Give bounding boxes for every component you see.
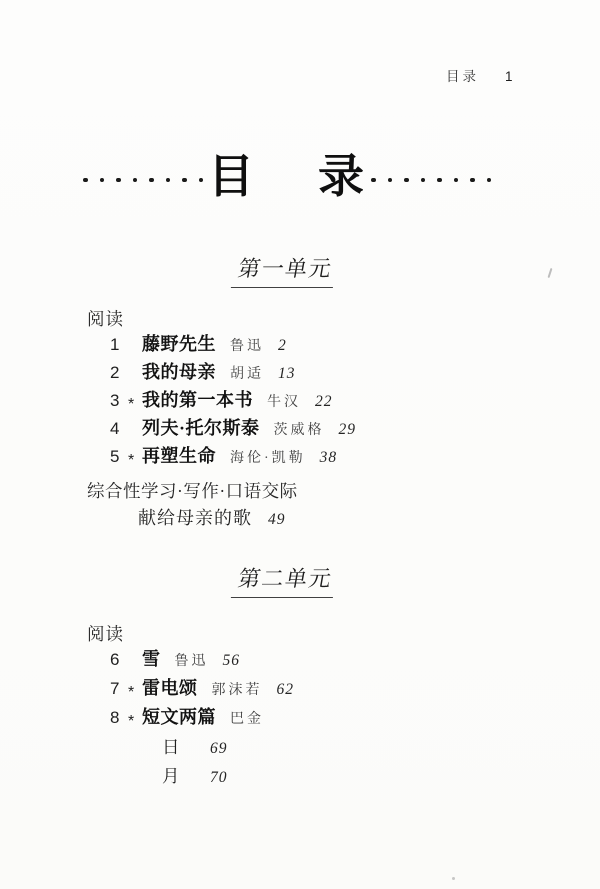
item-number: 6 (110, 650, 128, 670)
toc-item: 8 * 短文两篇 巴金 (110, 703, 294, 732)
toc-item: 3 * 我的第一本书 牛汉 22 (110, 386, 356, 414)
item-page-number: 38 (320, 449, 338, 467)
toc-item: 2 我的母亲 胡适 13 (110, 358, 356, 386)
unit-2-heading: 第二单元 (231, 562, 339, 598)
dot-icon (83, 178, 88, 183)
dot-icon (470, 178, 475, 183)
item-author: 茨威格 (274, 419, 325, 439)
item-page-number: 2 (278, 337, 287, 355)
dot-icon (487, 178, 492, 183)
activity-section-label: 综合性学习·写作·口语交际 (87, 478, 298, 503)
dot-icon (116, 178, 121, 183)
item-author: 鲁迅 (175, 650, 209, 670)
dot-icon (100, 178, 105, 183)
item-page-number: 22 (315, 393, 333, 411)
dot-icon (454, 178, 459, 183)
item-number: 4 (110, 419, 128, 439)
subitem-title: 日 (162, 734, 194, 759)
star-marker: * (128, 713, 142, 731)
dot-icon (166, 178, 171, 183)
dot-icon (404, 178, 409, 183)
toc-title: 目 录 (0, 153, 587, 201)
toc-item: 5 * 再塑生命 海伦·凯勒 38 (110, 442, 356, 470)
toc-subitem: 日 69 (162, 734, 228, 763)
item-number: 1 (110, 335, 128, 355)
item-number: 3 (110, 391, 128, 411)
item-title: 雷电颂 (142, 674, 198, 700)
dot-icon (421, 178, 426, 183)
toc-item: 1 藤野先生 鲁迅 2 (110, 330, 356, 358)
dot-icon (388, 178, 393, 183)
item-title: 短文两篇 (142, 703, 216, 729)
unit-1-item-list: 1 藤野先生 鲁迅 2 2 我的母亲 胡适 13 3 * 我的第一本书 牛汉 2… (110, 330, 356, 470)
item-number: 5 (110, 447, 128, 467)
dot-icon (437, 178, 442, 183)
subitem-title: 月 (162, 763, 194, 788)
item-page-number: 29 (339, 421, 357, 439)
unit-1-heading-row: 第一单元 (0, 252, 585, 288)
dot-icon (199, 178, 204, 183)
scan-speck (452, 877, 455, 880)
dot-icon (133, 178, 138, 183)
item-title: 我的第一本书 (142, 386, 253, 412)
star-marker: * (128, 396, 142, 414)
unit-2-item-list: 6 雪 鲁迅 56 7 * 雷电颂 郭沫若 62 8 * 短文两篇 巴金 (110, 645, 294, 732)
toc-page: 目录 1 目 录 第一单元 阅读 1 藤野先生 鲁迅 2 2 我的母亲 胡适 1… (0, 0, 600, 889)
dot-icon (182, 178, 187, 183)
item-page-number: 13 (278, 365, 296, 383)
star-marker: * (128, 684, 142, 702)
subitem-page-number: 70 (210, 769, 228, 787)
item-page-number: 62 (277, 681, 295, 699)
dot-icon (149, 178, 154, 183)
toc-subitem: 月 70 (162, 763, 228, 792)
toc-item: 4 列夫·托尔斯泰 茨威格 29 (110, 414, 356, 442)
title-dots-left-decoration (83, 178, 203, 183)
item-author: 胡适 (230, 363, 264, 383)
toc-item: 7 * 雷电颂 郭沫若 62 (110, 674, 294, 703)
item-author: 郭沫若 (212, 679, 263, 699)
running-header-section: 目录 (446, 65, 479, 85)
dot-icon (371, 178, 376, 183)
subitem-page-number: 69 (210, 740, 228, 758)
unit-2-heading-row: 第二单元 (0, 562, 585, 598)
item-number: 7 (110, 679, 128, 699)
item-page-number: 56 (223, 652, 241, 670)
item-number: 2 (110, 363, 128, 383)
item-title: 雪 (142, 645, 161, 671)
activity-item-page-number: 49 (268, 511, 286, 529)
unit-1-heading: 第一单元 (231, 252, 339, 288)
unit-2-reading-label: 阅读 (87, 621, 124, 646)
toc-title-char-left: 目 (208, 154, 254, 200)
item-title: 再塑生命 (142, 442, 216, 468)
item-title: 藤野先生 (142, 330, 216, 356)
title-dots-right-decoration (371, 178, 491, 183)
toc-item: 6 雪 鲁迅 56 (110, 645, 294, 674)
item-number: 8 (110, 708, 128, 728)
activity-item-row: 献给母亲的歌 49 (138, 504, 286, 530)
running-header: 目录 1 (446, 65, 513, 85)
item-title: 我的母亲 (142, 358, 216, 384)
item-title: 列夫·托尔斯泰 (142, 414, 260, 440)
toc-title-char-right: 录 (318, 154, 364, 200)
running-header-page-number: 1 (505, 69, 513, 84)
item-author: 海伦·凯勒 (230, 447, 306, 467)
unit-2-subitem-list: 日 69 月 70 (162, 734, 228, 792)
unit-1-reading-label: 阅读 (87, 306, 124, 331)
item-author: 牛汉 (267, 391, 301, 411)
star-marker: * (128, 452, 142, 470)
item-author: 鲁迅 (230, 335, 264, 355)
activity-item-title: 献给母亲的歌 (138, 504, 252, 530)
item-author: 巴金 (230, 708, 264, 728)
